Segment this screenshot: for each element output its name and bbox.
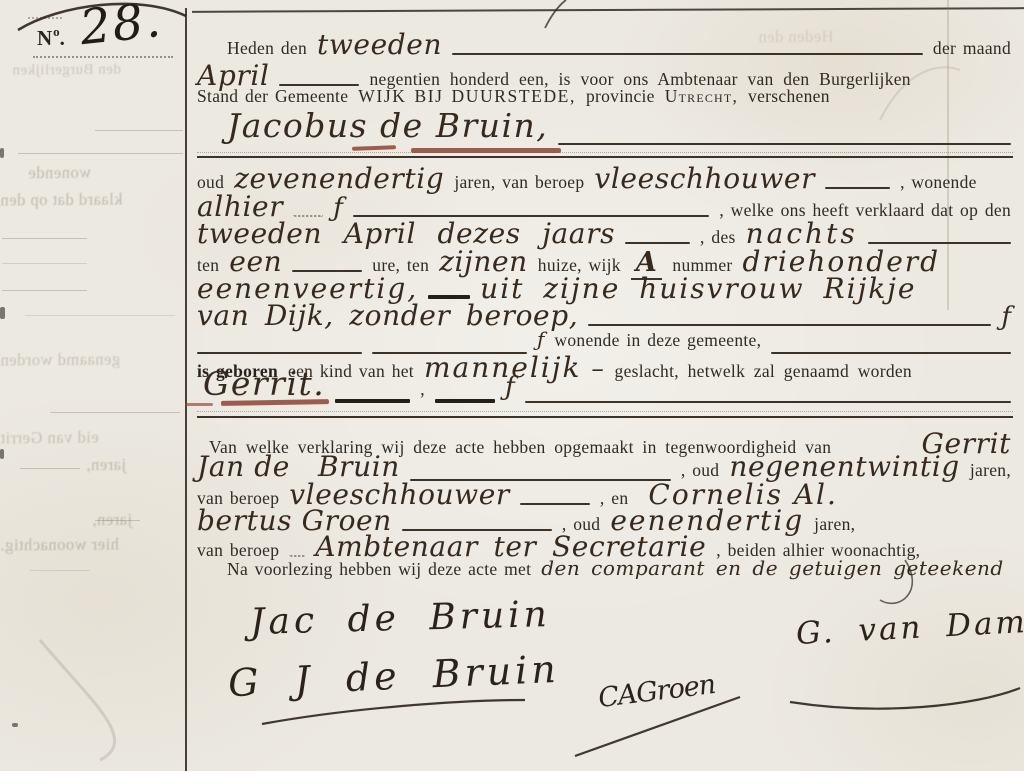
printed-heden-den: Heden den (227, 38, 307, 59)
bleedthrough-text: hier woonachtig. (0, 534, 119, 555)
ruled-blank (825, 187, 890, 189)
signature-g-j-de-bruin: G J de Bruin (227, 647, 560, 705)
record-number-label-group: No. (37, 24, 65, 51)
hand-geteekend: den comparant en de getuigen geteekend (541, 556, 1003, 580)
paper-speck (0, 148, 4, 158)
printed-der-maand: der maand (933, 38, 1011, 59)
printed-wonende-gemeente: wonende in deze gemeente, (554, 330, 761, 351)
faint-margin-line (50, 412, 180, 413)
printed-provincie: provincie (586, 86, 655, 107)
paper-speck (12, 723, 18, 727)
ruled-blank (868, 242, 1011, 244)
hand-day: tweeden (317, 28, 442, 61)
record-number-label: N (37, 26, 53, 50)
faint-margin-line (95, 520, 140, 521)
signature-jac-de-bruin: Jac de Bruin (250, 594, 552, 643)
printed-stand-gemeente: Stand der Gemeente (197, 86, 348, 107)
faint-margin-line (2, 263, 87, 264)
act-line-11: van Dijk, zonder beroep, ƒ (197, 299, 1011, 329)
pen-dash (435, 399, 495, 404)
act-line-6: oud zevenendertig jaren, van beroep vlee… (197, 162, 1011, 192)
hand-child-name: Gerrit. (203, 364, 325, 403)
paper-speck (0, 449, 4, 459)
printed-municipality: WIJK BIJ DUURSTEDE, (358, 86, 576, 107)
bleedthrough-text: klaard dat op den (0, 189, 123, 210)
act-line-2: April negentien honderd een, is voor ons… (197, 59, 1011, 89)
ruled-blank (625, 242, 690, 244)
act-line-21: Na voorlezing hebben wij deze acte met d… (197, 556, 1011, 586)
ruled-blank (525, 401, 1011, 403)
bleedthrough-text: jaren, (86, 455, 126, 475)
bleedthrough-text: den Burgerlijken (12, 62, 121, 80)
ruled-blank (588, 324, 991, 326)
ruled-blank (558, 143, 1011, 145)
red-underline-de (352, 145, 396, 151)
birth-certificate-page: No. 28. den Burgerlijken wonende klaard … (0, 0, 1024, 771)
faint-margin-line (18, 153, 183, 154)
bleedthrough-text: eid van Gerrit (0, 428, 99, 449)
act-line-4: Jacobus de Bruin, (197, 106, 1011, 148)
act-line-9: ten een ure, ten zijnen huize, wijk A nu… (197, 245, 1011, 275)
ruled-blank-full (197, 156, 1013, 158)
faint-margin-line (30, 570, 90, 571)
act-line-8: tweeden April dezes jaars , des nachts (197, 217, 1011, 247)
faint-margin-line (2, 238, 87, 239)
paper-speck (0, 307, 5, 319)
ruled-blank-full (197, 416, 1013, 418)
faint-margin-line (20, 468, 80, 469)
ruled-blank (452, 53, 923, 55)
dotted-guide-line (28, 17, 62, 19)
record-number-label-period: . (60, 26, 65, 50)
printed-province-name: Utrecht, (665, 86, 738, 107)
printed-verschenen: verschenen (748, 86, 830, 107)
act-line-1: Heden den tweeden der maand (197, 28, 1011, 58)
faint-margin-line (2, 290, 87, 291)
faint-margin-line (95, 130, 183, 131)
printed-voorlezing: Na voorlezing hebben wij deze acte met (227, 559, 531, 580)
dotted-guide-line (33, 56, 173, 58)
act-line-7: alhier ƒ , welke ons heeft verklaard dat… (197, 190, 1011, 220)
record-number: 28. (77, 0, 165, 56)
pen-stroke: ƒ (505, 372, 515, 402)
act-line-10: eenenveertig, uit zijne huisvrouw Rijkje (197, 272, 1011, 302)
dotted-guide-line (197, 152, 1013, 153)
column-divider-rule (185, 8, 187, 771)
bleedthrough-text: wonende (28, 163, 91, 184)
signature-g-van-dam: G. van Dam (795, 604, 1024, 652)
red-underline-gerrit-tick (185, 403, 213, 406)
printed-comma: , (420, 379, 425, 400)
faint-margin-line (25, 315, 175, 316)
pen-dash (335, 399, 410, 404)
bleedthrough-text: genaamd worden (0, 349, 120, 370)
signature-c-a-groen: CAGroen (597, 669, 717, 714)
top-horizontal-rule (192, 7, 1024, 13)
hand-declarant-name: Jacobus de Bruin, (227, 106, 548, 145)
dotted-guide-line (197, 411, 1013, 412)
pen-stroke: ƒ (537, 327, 544, 351)
margin-column: No. 28. den Burgerlijken wonende klaard … (0, 0, 185, 771)
